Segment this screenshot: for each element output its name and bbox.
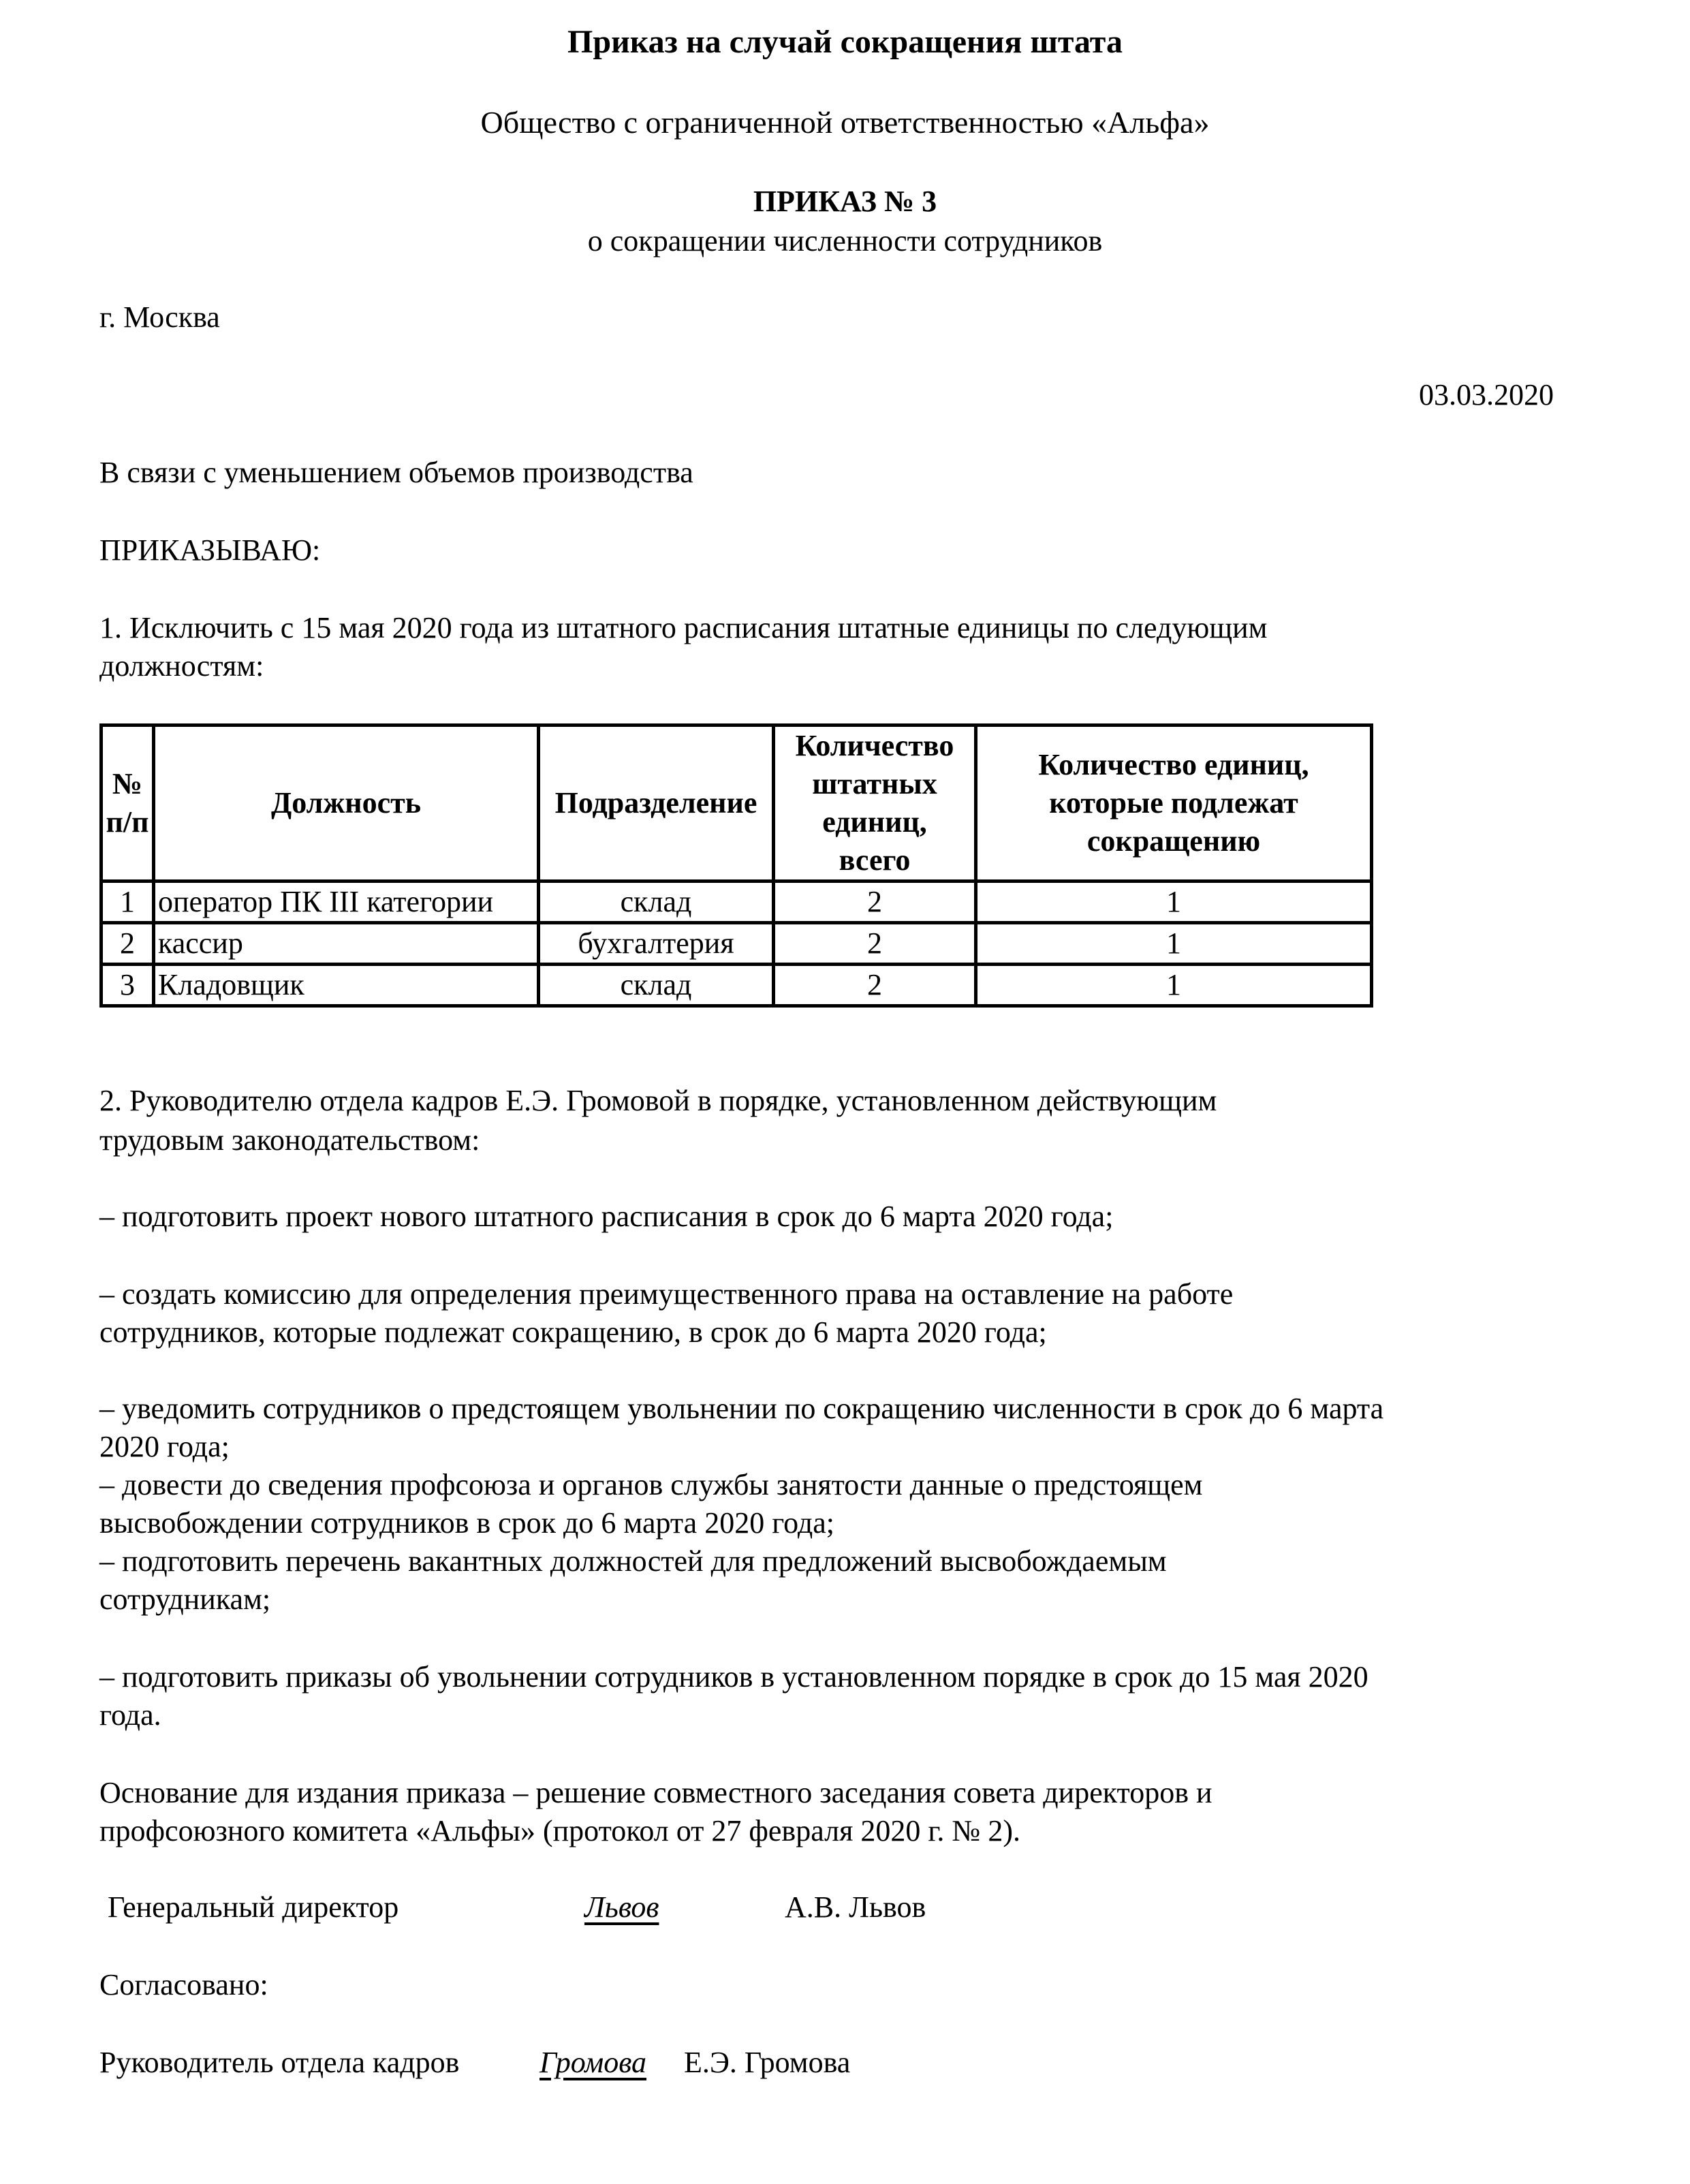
task-4-line2: высвобождении сотрудников в срок до 6 ма… — [99, 1504, 834, 1542]
director-title: Генеральный директор — [108, 1888, 398, 1926]
order-date: 03.03.2020 — [1419, 376, 1554, 414]
task-3-line2: 2020 года; — [99, 1428, 230, 1466]
table-header-row: № п/п Должность Подразделение Количество… — [101, 726, 1372, 882]
director-name: А.В. Львов — [785, 1888, 926, 1926]
header-department: Подразделение — [539, 726, 774, 882]
basis-line1: Основание для издания приказа – решение … — [99, 1774, 1212, 1812]
agreed-label: Согласовано: — [99, 1966, 268, 2004]
header-units-to-reduce: Количество единиц, которые подлежат сокр… — [976, 726, 1372, 882]
task-5-line1: – подготовить перечень вакантных должнос… — [99, 1542, 1167, 1580]
order-subtitle: о сокращении численности сотрудников — [0, 222, 1690, 260]
table-row: 3 Кладовщик склад 2 1 — [101, 965, 1372, 1006]
task-1: – подготовить проект нового штатного рас… — [99, 1198, 1113, 1236]
table-row: 2 кассир бухгалтерия 2 1 — [101, 923, 1372, 965]
staff-reduction-table: № п/п Должность Подразделение Количество… — [99, 723, 1373, 1008]
hr-name: Е.Э. Громова — [684, 2044, 850, 2082]
task-6-line1: – подготовить приказы об увольнении сотр… — [99, 1658, 1368, 1696]
header-num: № п/п — [101, 726, 154, 882]
basis-line2: профсоюзного комитета «Альфы» (протокол … — [99, 1812, 1020, 1850]
task-3-line1: – уведомить сотрудников о предстоящем ув… — [99, 1390, 1383, 1428]
task-6-line2: года. — [99, 1696, 161, 1734]
task-5-line2: сотрудникам; — [99, 1580, 270, 1619]
director-signature: Львов — [584, 1888, 659, 1926]
preamble: В связи с уменьшением объемов производст… — [99, 454, 693, 492]
item2-line1: 2. Руководителю отдела кадров Е.Э. Громо… — [99, 1082, 1217, 1120]
hr-signature: Громова — [539, 2044, 646, 2082]
header-total-units: Количество штатных единиц, всего — [774, 726, 976, 882]
task-2-line1: – создать комиссию для определения преим… — [99, 1275, 1233, 1313]
order-word: ПРИКАЗЫВАЮ: — [99, 531, 320, 570]
item2-line2: трудовым законодательством: — [99, 1121, 480, 1159]
document-heading: Приказ на случай сокращения штата — [0, 23, 1690, 61]
header-position: Должность — [154, 726, 539, 882]
table-row: 1 оператор ПК III категории склад 2 1 — [101, 882, 1372, 923]
task-2-line2: сотрудников, которые подлежат сокращению… — [99, 1313, 1047, 1352]
city: г. Москва — [99, 298, 220, 337]
item1-line1: 1. Исключить с 15 мая 2020 года из штатн… — [99, 609, 1268, 647]
item1-line2: должностям: — [99, 647, 264, 685]
organization-name: Общество с ограниченной ответственностью… — [0, 104, 1690, 142]
order-title: ПРИКАЗ № 3 — [0, 183, 1690, 221]
hr-title: Руководитель отдела кадров — [99, 2044, 459, 2082]
task-4-line1: – довести до сведения профсоюза и органо… — [99, 1466, 1203, 1504]
